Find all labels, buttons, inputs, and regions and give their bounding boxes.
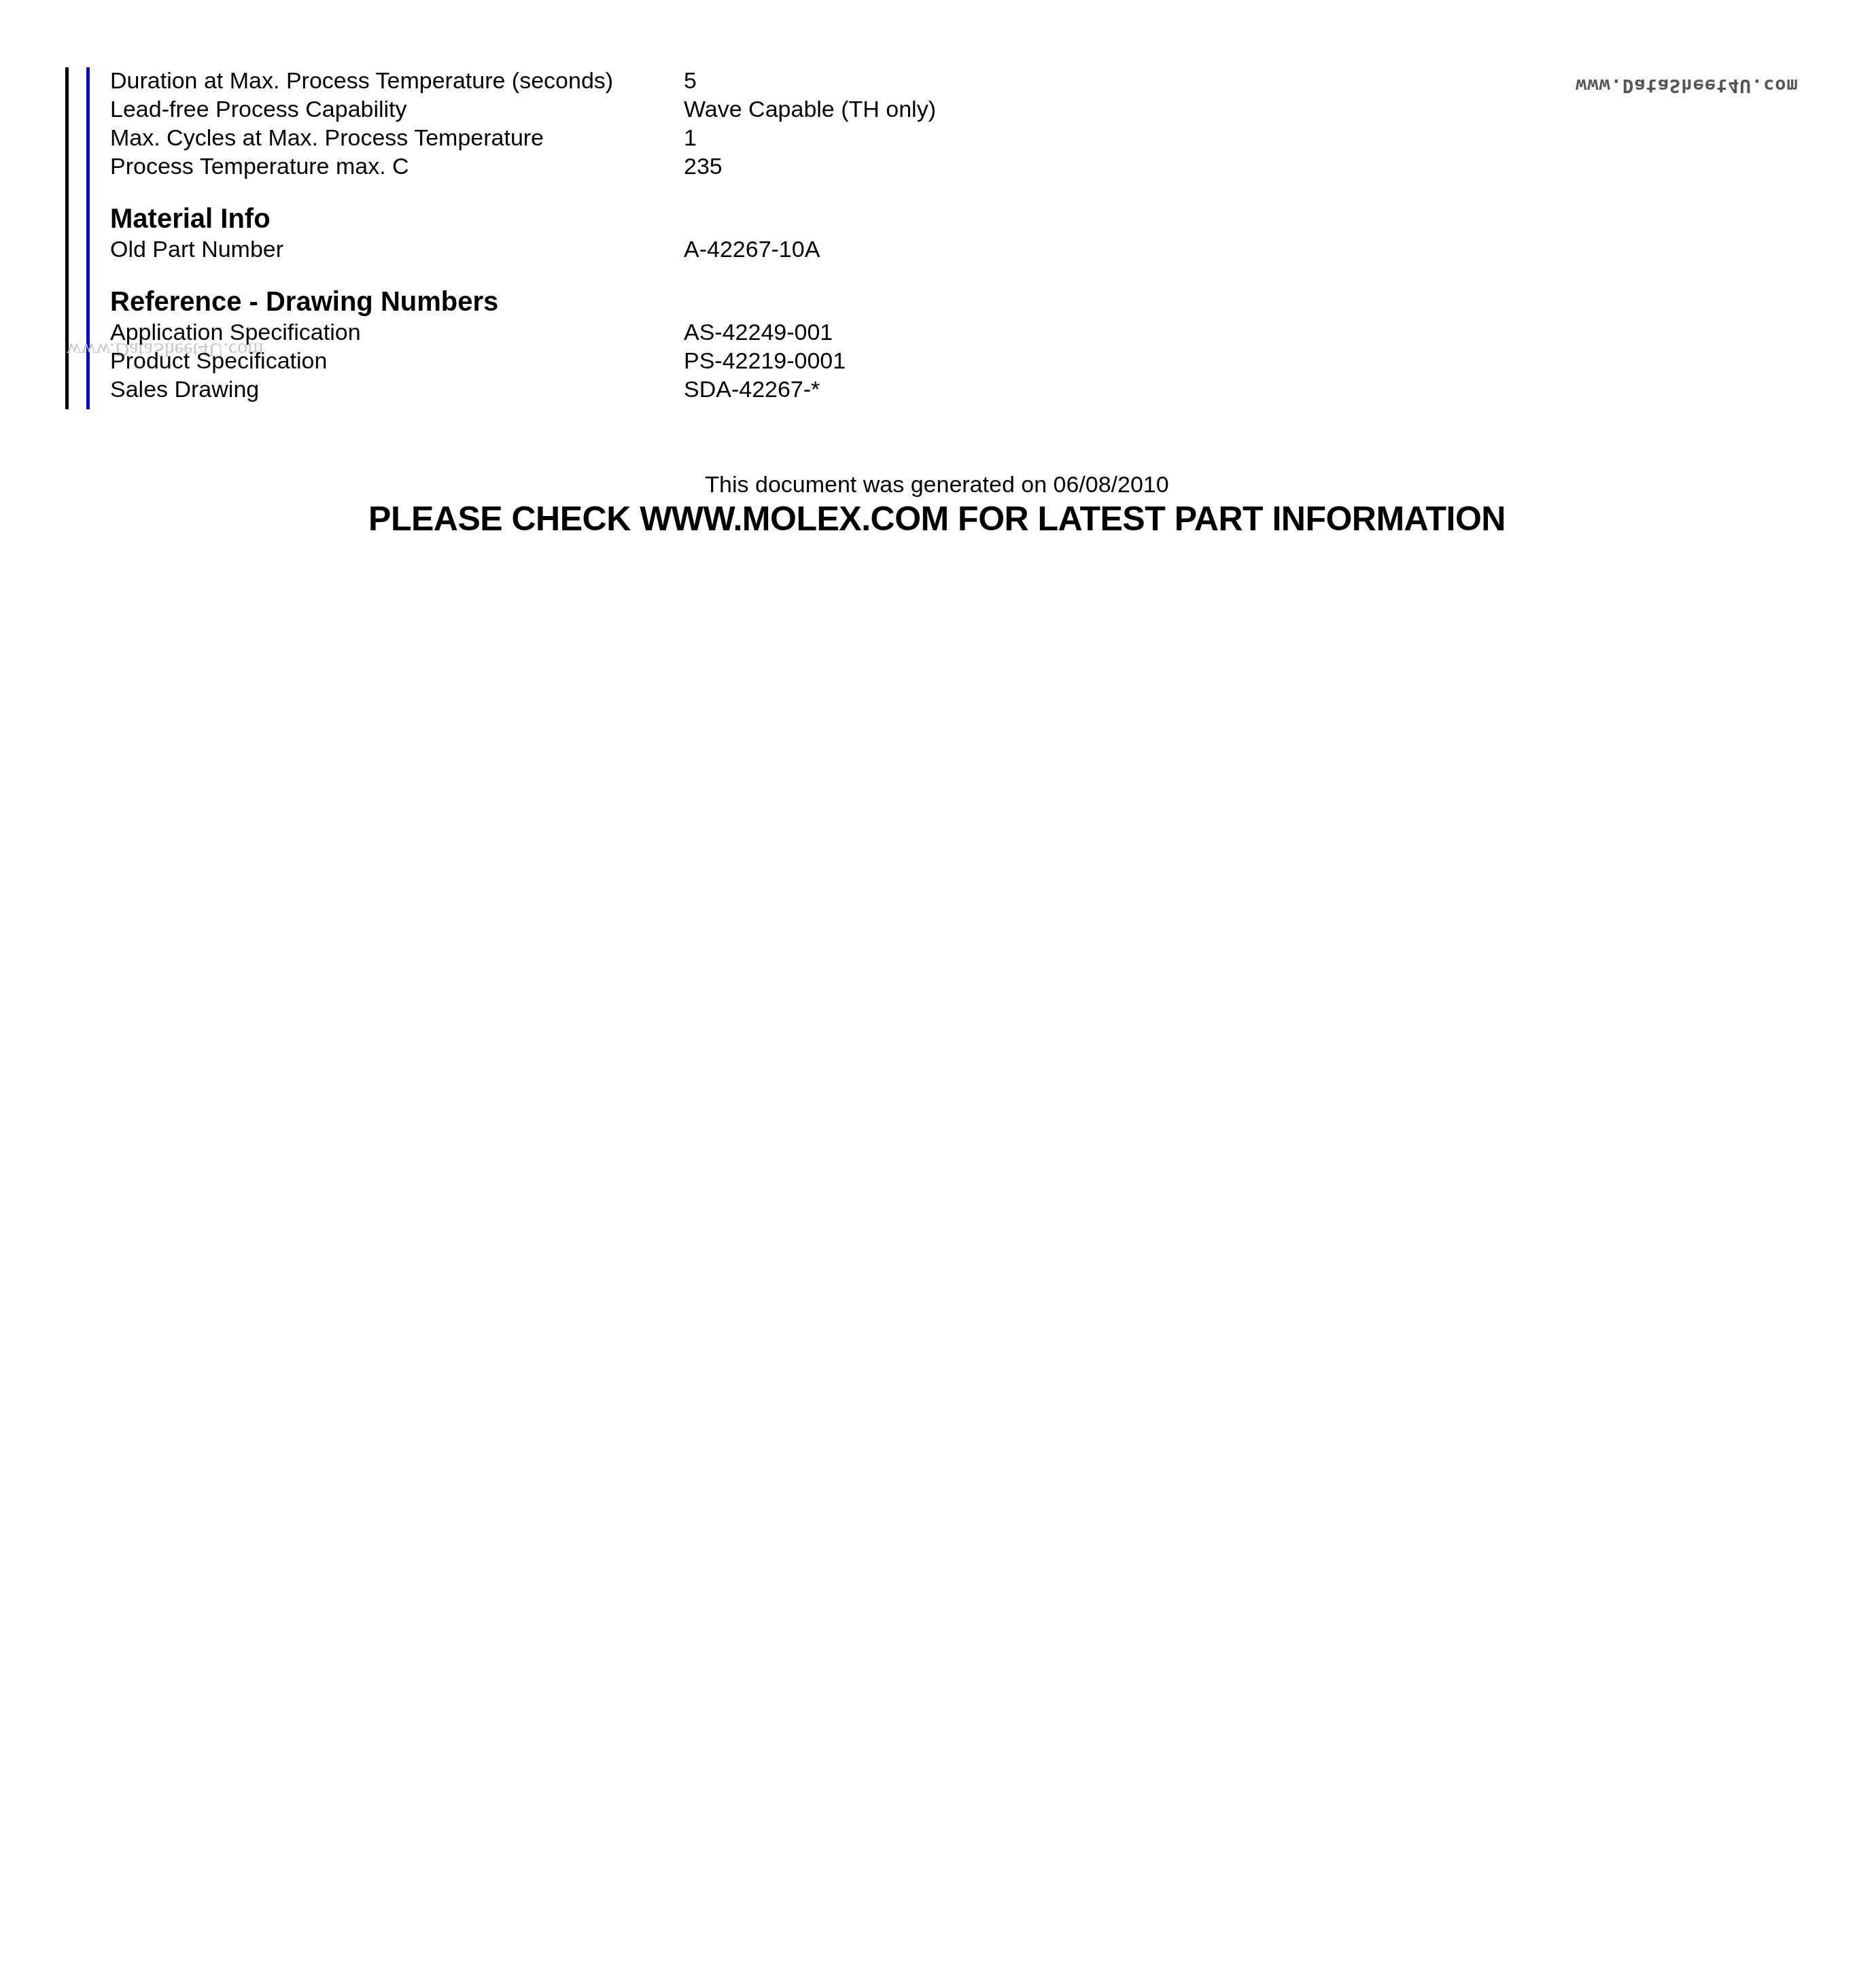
spec-label: Application Specification [110,318,684,347]
spec-label: Process Temperature max. C [110,152,684,181]
reference-drawing-numbers-section: Reference - Drawing Numbers Application … [110,286,1198,404]
spec-row: Lead-free Process Capability Wave Capabl… [110,95,1198,124]
material-info-section: Material Info Old Part Number A-42267-10… [110,203,1198,264]
spec-label: Lead-free Process Capability [110,95,684,124]
spec-value: 5 [684,67,1198,95]
spec-row: Old Part Number A-42267-10A [110,235,1198,264]
spec-value: PS-42219-0001 [684,347,1198,375]
spec-value: 1 [684,124,1198,152]
spec-value: SDA-42267-* [684,375,1198,404]
section-title-reference-drawing-numbers: Reference - Drawing Numbers [110,286,1198,318]
spec-value: Wave Capable (TH only) [684,95,1198,124]
spec-row: Process Temperature max. C 235 [110,152,1198,181]
spec-label: Duration at Max. Process Temperature (se… [110,67,684,95]
spec-row: Duration at Max. Process Temperature (se… [110,67,1198,95]
spec-row: Product Specification PS-42219-0001 [110,347,1198,375]
spec-row: Application Specification AS-42249-001 [110,318,1198,347]
spec-row: Max. Cycles at Max. Process Temperature … [110,124,1198,152]
spec-label: Old Part Number [110,235,684,264]
spec-label: Product Specification [110,347,684,375]
spec-value: 235 [684,152,1198,181]
spec-value: A-42267-10A [684,235,1198,264]
latest-info-notice: PLEASE CHECK WWW.MOLEX.COM FOR LATEST PA… [0,498,1874,539]
spec-content: Duration at Max. Process Temperature (se… [110,67,1198,404]
process-section: Duration at Max. Process Temperature (se… [110,67,1198,181]
section-title-material-info: Material Info [110,203,1198,235]
spec-label: Sales Drawing [110,375,684,404]
spec-label: Max. Cycles at Max. Process Temperature [110,124,684,152]
spec-value: AS-42249-001 [684,318,1198,347]
spec-row: Sales Drawing SDA-42267-* [110,375,1198,404]
watermark-top-right: www.DataSheet4U.com [1576,75,1799,96]
generated-date-note: This document was generated on 06/08/201… [0,470,1874,499]
